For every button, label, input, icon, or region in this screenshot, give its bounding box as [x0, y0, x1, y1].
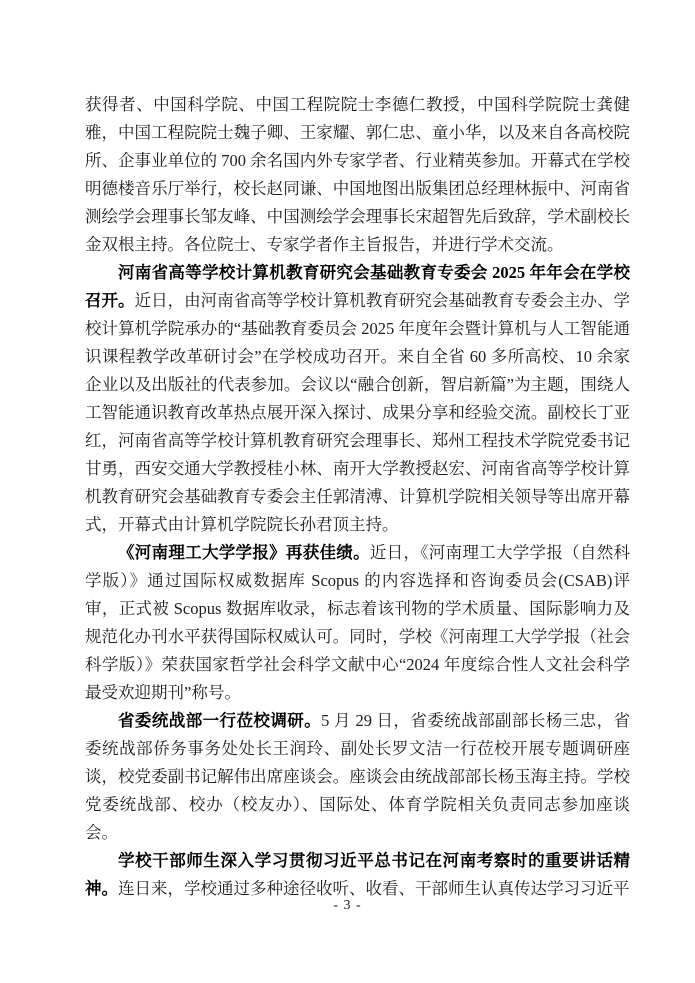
paragraph: 学校干部师生深入学习贯彻习近平总书记在河南考察时的重要讲话精神。连日来，学校通过…	[85, 847, 630, 903]
paragraph-lead: 省委统战部一行莅校调研。	[118, 711, 321, 730]
page-number: - 3 -	[0, 898, 695, 914]
paragraph: 省委统战部一行莅校调研。5 月 29 日，省委统战部副部长杨三忠，省委统战部侨务…	[85, 707, 630, 847]
document-page: 获得者、中国科学院、中国工程院院士李德仁教授，中国科学院院士龚健雅，中国工程院院…	[0, 0, 695, 983]
paragraph-text: 近日，由河南省高等学校计算机教育研究会基础教育专委会主办、学校计算机学院承办的“…	[85, 291, 630, 534]
paragraph-text: 近日，《河南理工大学学报（自然科学版）》通过国际权威数据库 Scopus 的内容…	[85, 543, 630, 702]
paragraph: 河南省高等学校计算机教育研究会基础教育专委会 2025 年年会在学校召开。近日，…	[85, 259, 630, 539]
paragraph-text: 5 月 29 日，省委统战部副部长杨三忠，省委统战部侨务事务处处长王润玲、副处长…	[85, 711, 630, 842]
paragraph-lead: 《河南理工大学学报》再获佳绩。	[118, 543, 370, 562]
paragraph-text: 获得者、中国科学院、中国工程院院士李德仁教授，中国科学院院士龚健雅，中国工程院院…	[85, 95, 630, 254]
paragraph: 《河南理工大学学报》再获佳绩。近日，《河南理工大学学报（自然科学版）》通过国际权…	[85, 539, 630, 707]
paragraph: 获得者、中国科学院、中国工程院院士李德仁教授，中国科学院院士龚健雅，中国工程院院…	[85, 91, 630, 259]
paragraph-text: 连日来，学校通过多种途径收听、收看、干部师生认真传达学习习近平	[118, 879, 630, 898]
document-body: 获得者、中国科学院、中国工程院院士李德仁教授，中国科学院院士龚健雅，中国工程院院…	[85, 91, 630, 903]
